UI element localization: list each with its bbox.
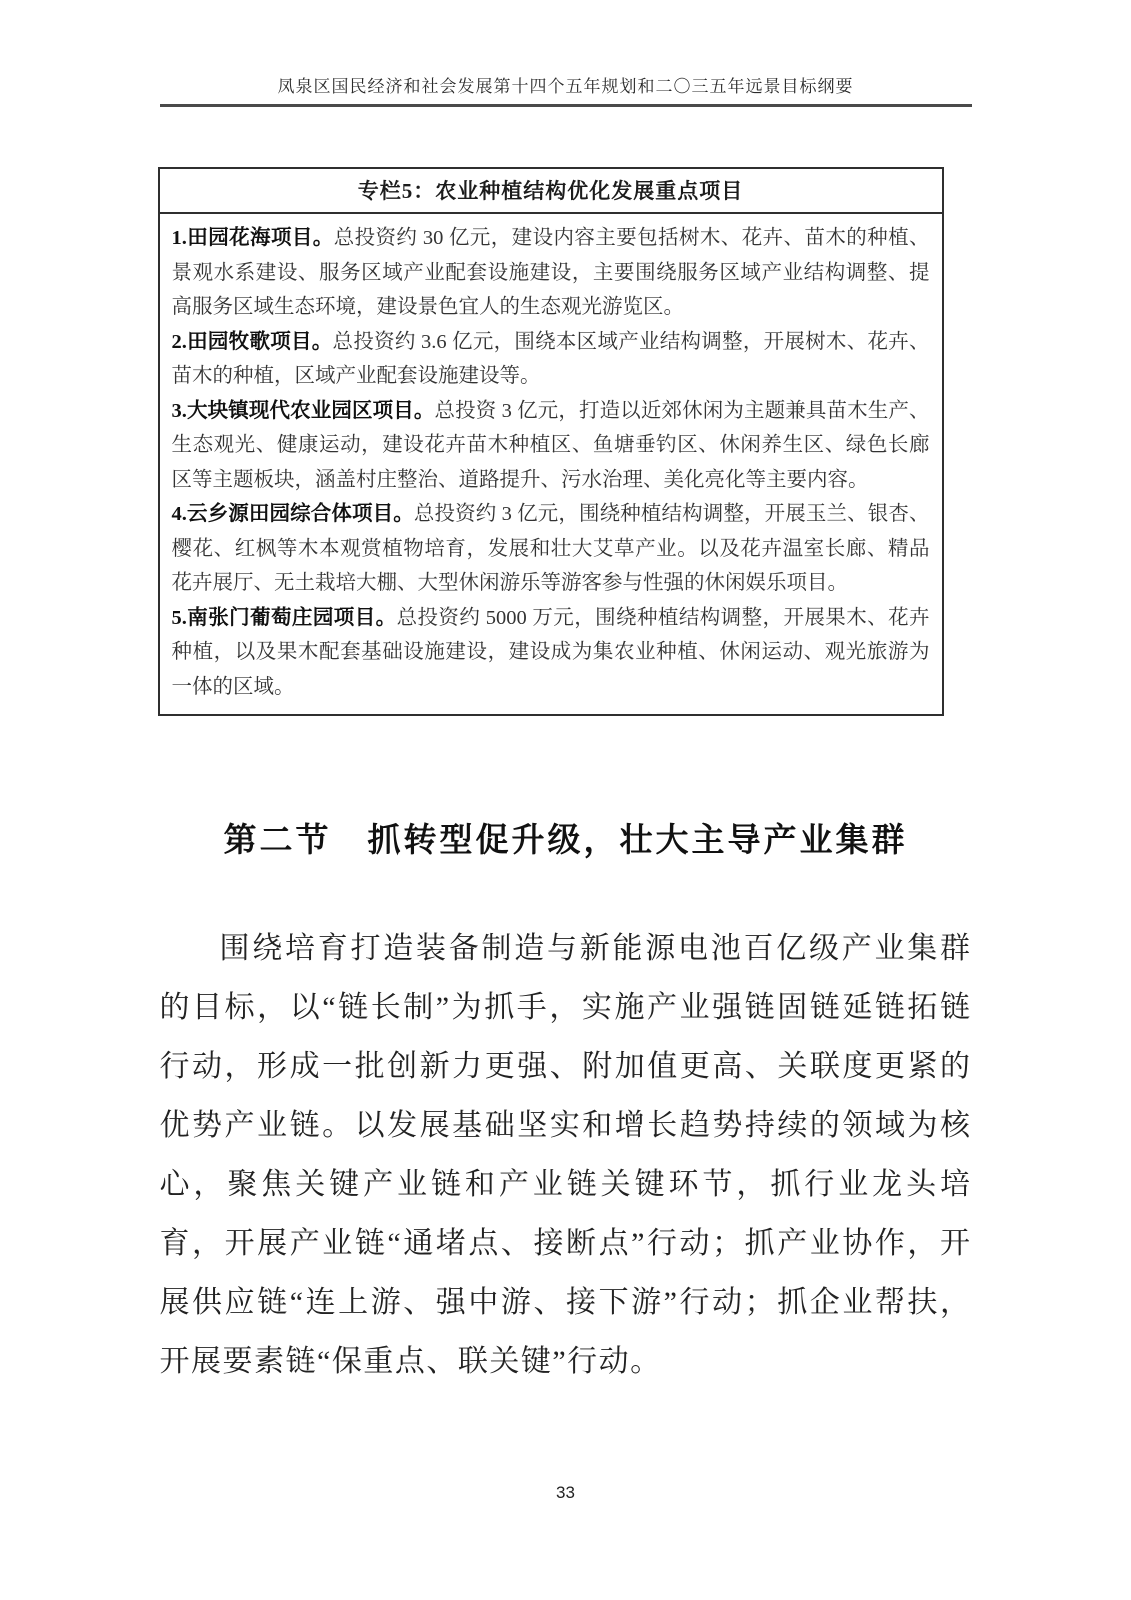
project-item-2: 2.田园牧歌项目。总投资约 3.6 亿元，围绕本区域产业结构调整，开展树木、花卉…	[172, 325, 930, 394]
project-item-1: 1.田园花海项目。总投资约 30 亿元，建设内容主要包括树木、花卉、苗木的种植、…	[172, 221, 930, 325]
project-box-body: 1.田园花海项目。总投资约 30 亿元，建设内容主要包括树木、花卉、苗木的种植、…	[160, 214, 942, 714]
project-item-3-label: 3.大块镇现代农业园区项目。	[172, 400, 435, 422]
page-content: 凤泉区国民经济和社会发展第十四个五年规划和二〇三五年远景目标纲要 专栏5：农业种…	[160, 0, 972, 1391]
project-item-4: 4.云乡源田园综合体项目。总投资约 3 亿元，围绕种植结构调整，开展玉兰、银杏、…	[172, 497, 930, 601]
header-divider	[160, 104, 972, 107]
document-header-title: 凤泉区国民经济和社会发展第十四个五年规划和二〇三五年远景目标纲要	[160, 72, 972, 104]
page-number: 33	[0, 1483, 1131, 1503]
project-item-2-label: 2.田园牧歌项目。	[172, 331, 333, 353]
project-box: 专栏5：农业种植结构优化发展重点项目 1.田园花海项目。总投资约 30 亿元，建…	[158, 167, 944, 716]
section-paragraph: 围绕培育打造装备制造与新能源电池百亿级产业集群的目标，以“链长制”为抓手，实施产…	[160, 919, 972, 1391]
section-heading: 第二节 抓转型促升级，壮大主导产业集群	[160, 814, 972, 861]
project-item-4-label: 4.云乡源田园综合体项目。	[172, 503, 414, 525]
document-header: 凤泉区国民经济和社会发展第十四个五年规划和二〇三五年远景目标纲要	[160, 0, 972, 107]
project-box-title: 专栏5：农业种植结构优化发展重点项目	[160, 169, 942, 214]
project-item-5-label: 5.南张门葡萄庄园项目。	[172, 607, 397, 629]
project-item-1-label: 1.田园花海项目。	[172, 227, 334, 249]
project-item-3: 3.大块镇现代农业园区项目。总投资 3 亿元，打造以近郊休闲为主题兼具苗木生产、…	[172, 394, 930, 498]
project-item-5: 5.南张门葡萄庄园项目。总投资约 5000 万元，围绕种植结构调整，开展果木、花…	[172, 601, 930, 705]
